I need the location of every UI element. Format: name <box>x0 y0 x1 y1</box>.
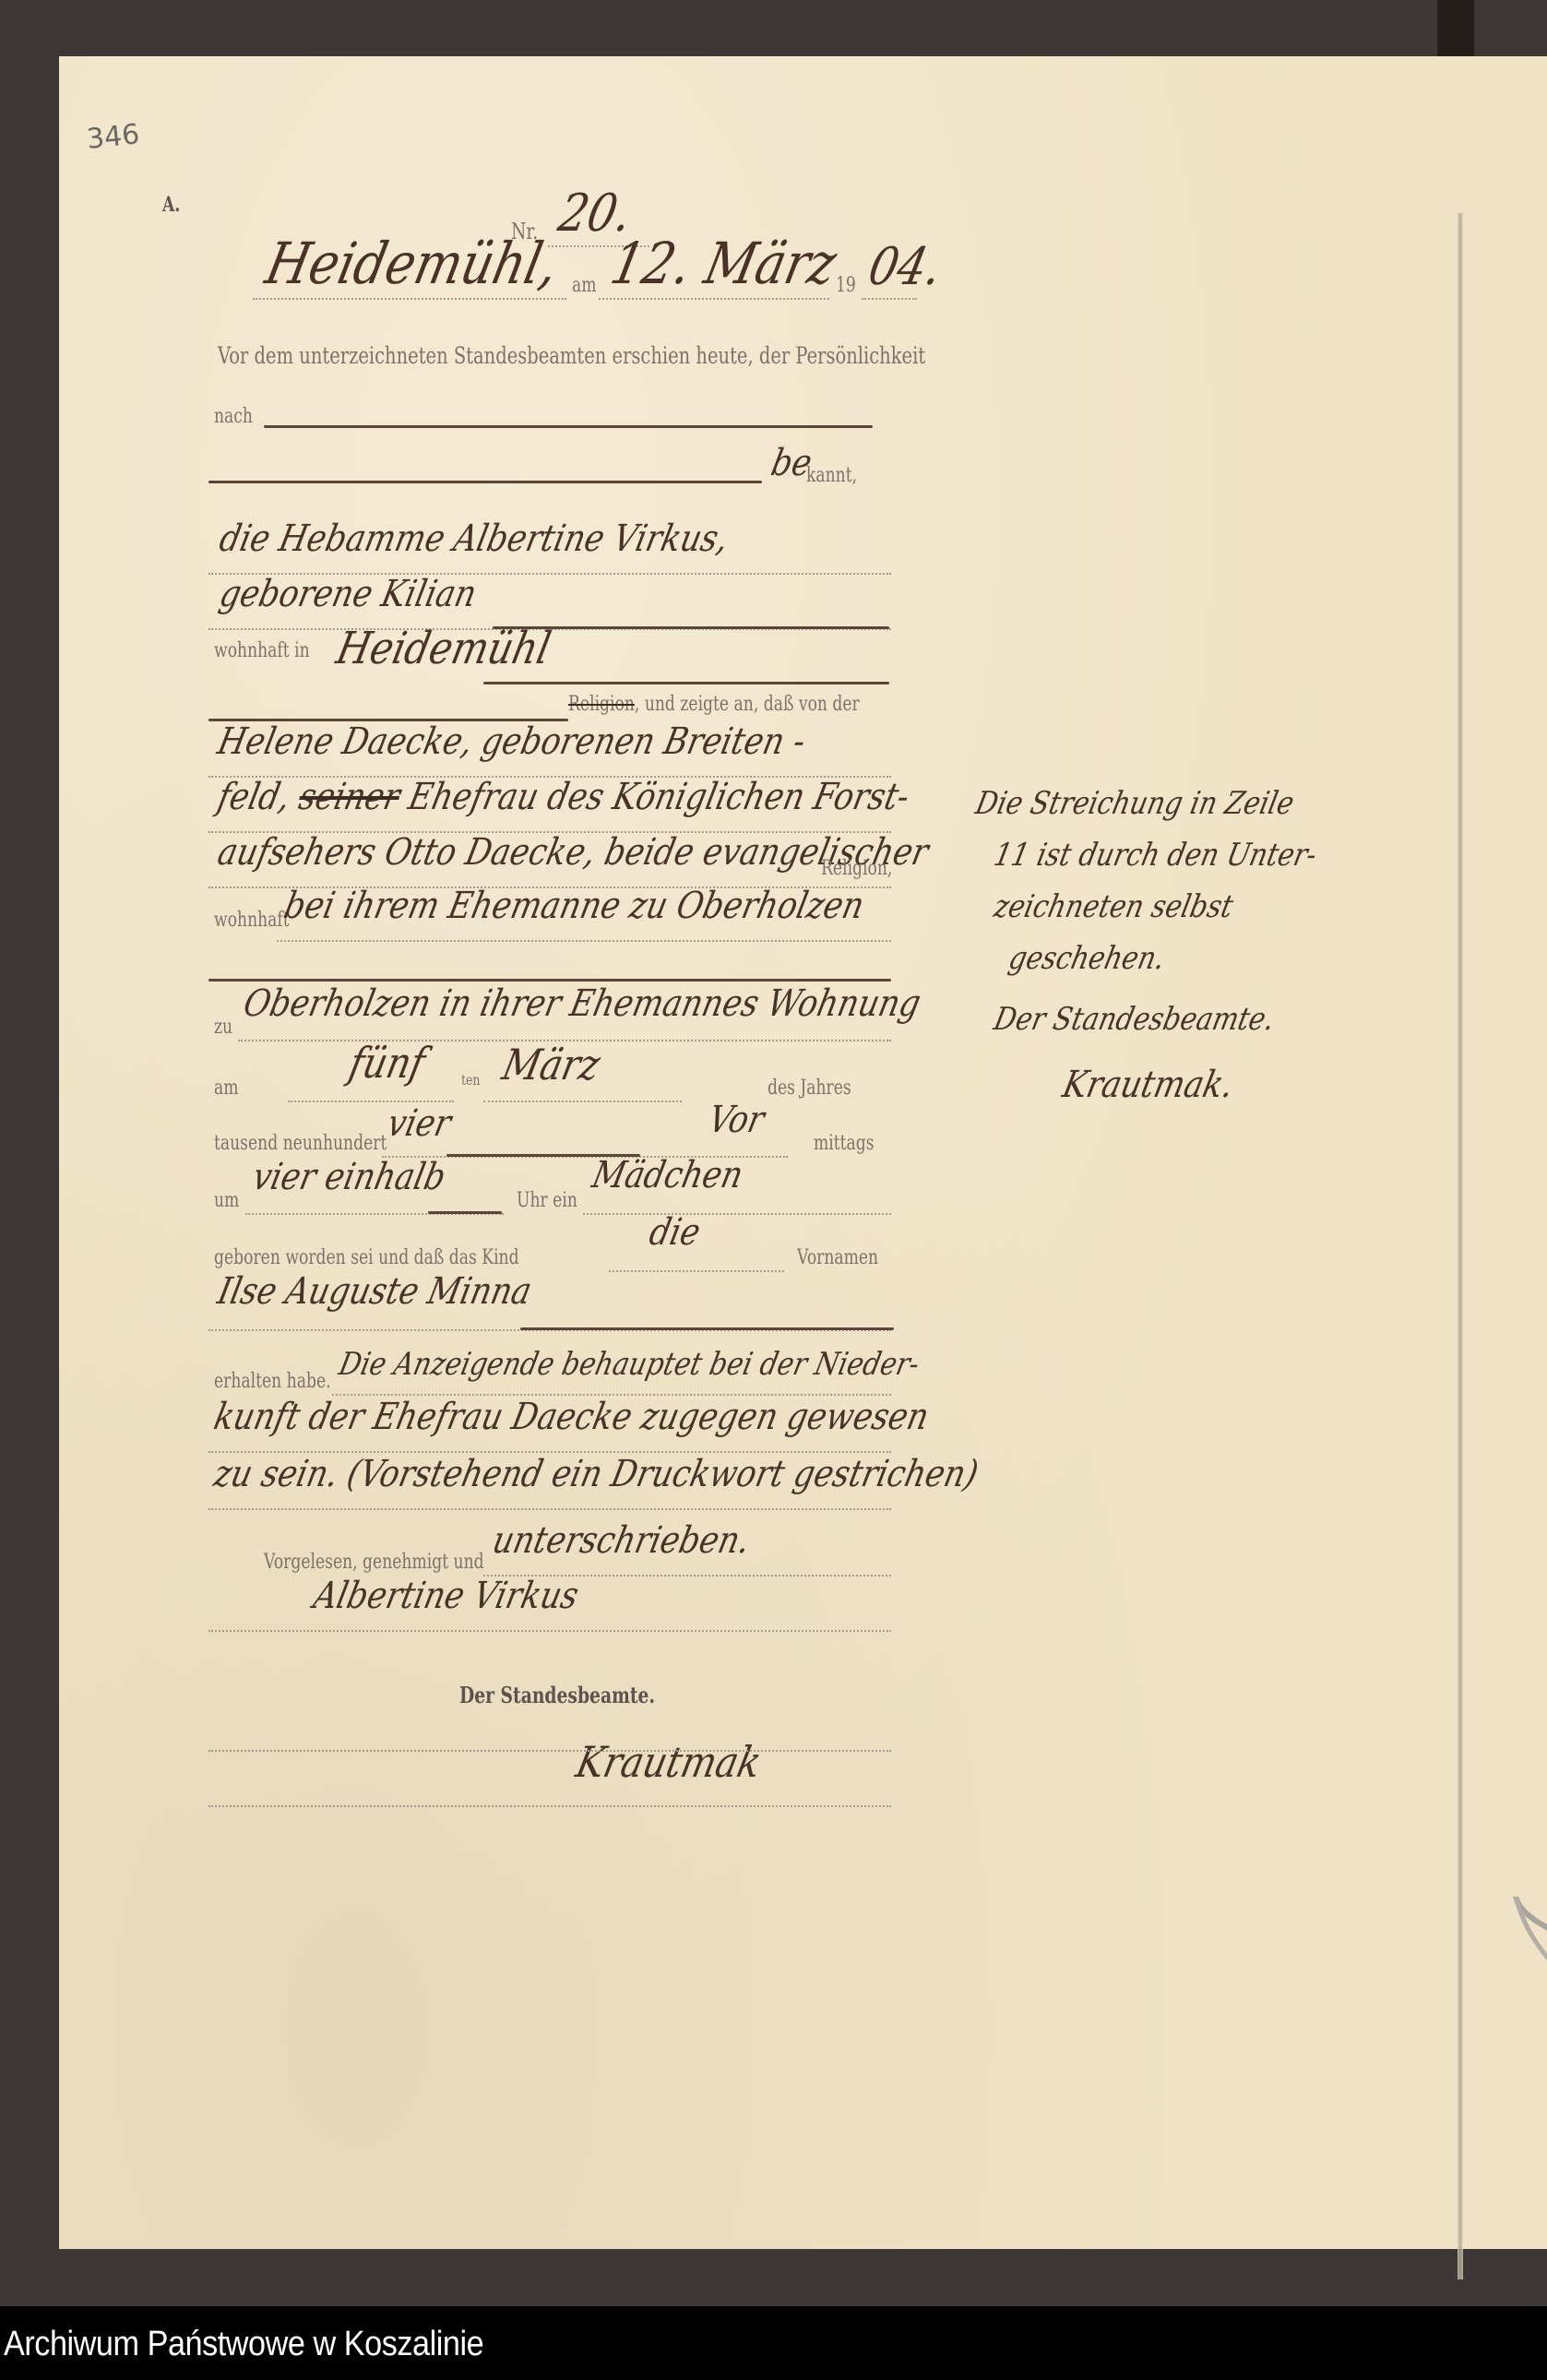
mother-residence-line <box>277 940 891 942</box>
registrar-label: Der Standesbeamte. <box>459 1682 655 1708</box>
archive-name: Archiwum Państwowe w Koszalinie <box>4 2325 483 2364</box>
informant-line-1-text: die Hebamme Albertine Virkus, <box>216 518 732 560</box>
informant-wohnhaft-label: wohnhaft in <box>214 639 310 662</box>
margin-note-line-2: 11 ist durch den Unter- <box>991 837 1320 874</box>
child-names: Ilse Auguste Minna <box>214 1270 535 1313</box>
margin-note-line-3: zeichneten selbst <box>991 888 1236 925</box>
religion-struck: Religion <box>568 693 635 716</box>
mother-line-1-text: Helene Daecke, geborenen Breiten - <box>214 720 809 763</box>
signature-line-informant <box>208 1630 891 1632</box>
mother-religion-label: Religion, <box>821 857 892 880</box>
remarks-line-2-text: kunft der Ehefrau Daecke zugegen gewesen <box>210 1396 933 1438</box>
birth-time: vier einhalb <box>249 1156 449 1198</box>
birth-month: März <box>498 1040 604 1089</box>
signature-line-extra <box>208 1805 891 1807</box>
blank-line-bekannt <box>208 481 762 483</box>
year-value: 04. <box>863 237 946 297</box>
birth-ten-label: ten <box>461 1071 480 1089</box>
vorgelesen-label: Vorgelesen, genehmigt und <box>264 1551 484 1574</box>
uhr-ein-label: Uhr ein <box>517 1189 577 1212</box>
time-fill <box>428 1211 502 1214</box>
um-label: um <box>214 1189 239 1212</box>
birth-month-line <box>483 1101 682 1102</box>
informant-residence: Heidemühl <box>332 623 555 674</box>
informant-line-2-text: geborene Kilian <box>216 573 481 615</box>
mother-line-2-struck: seiner <box>295 776 404 818</box>
mother-line-2b: Ehefrau des Königlichen Forst- <box>405 776 913 818</box>
century: 19 <box>836 274 856 297</box>
birth-am-label: am <box>214 1077 239 1100</box>
vor-nach: Vor <box>705 1099 768 1141</box>
birth-zu-label: zu <box>214 1016 232 1039</box>
margin-note-line-4: geschehen. <box>1006 940 1168 977</box>
intro-text: Vor dem unterzeichneten Standesbeamten e… <box>218 342 925 369</box>
mother-line-2a: feld, <box>214 776 294 818</box>
birth-day: fünf <box>345 1038 430 1088</box>
date-line <box>599 298 829 300</box>
article-line <box>609 1270 784 1272</box>
birth-year-word: vier <box>384 1102 455 1145</box>
informant-residence-fill <box>483 682 889 684</box>
archive-footer: Archiwum Państwowe w Koszalinie <box>0 2306 1547 2380</box>
mittags-label: mittags <box>814 1132 875 1155</box>
margin-note-line-5: Der Standesbeamte. <box>991 1001 1278 1038</box>
unterschrieben: unterschrieben. <box>489 1519 754 1562</box>
remarks-line-3 <box>208 1508 891 1510</box>
bekannt-printed: kannt, <box>806 464 857 487</box>
page-fold-crease <box>1458 213 1463 2279</box>
sex-line <box>583 1213 891 1215</box>
informant-signature: Albertine Virkus <box>310 1575 582 1617</box>
place-name: Heidemühl, <box>260 230 565 297</box>
nach-label: nach <box>214 405 253 428</box>
religion-line: Religion, und zeigte an, daß von der <box>568 693 860 716</box>
names-fill <box>520 1327 894 1330</box>
birth-sex: Mädchen <box>589 1154 746 1196</box>
signature-line-registrar <box>208 1750 891 1752</box>
tausend-label: tausend neunhundert <box>214 1132 387 1155</box>
birth-article: die <box>646 1211 704 1254</box>
margin-note-line-1: Die Streichung in Zeile <box>972 785 1297 822</box>
place-line <box>253 298 566 300</box>
binding-notch <box>1437 0 1474 56</box>
binding-string-icon <box>1512 1897 1547 1980</box>
geboren-label: geboren worden sei und daß das Kind <box>214 1246 519 1269</box>
section-letter: A. <box>162 193 180 217</box>
mother-line-2-text: feld, seiner Ehefrau des Königlichen For… <box>214 776 913 818</box>
remarks-line-1-text: Die Anzeigende behauptet bei der Nieder- <box>336 1346 922 1383</box>
margin-note-signature: Krautmak. <box>1059 1064 1237 1106</box>
document-page: 346 A. Nr. 20. Heidemühl, am 12. März 19… <box>59 56 1547 2249</box>
erhalten-label: erhalten habe. <box>214 1370 331 1393</box>
religion-line-rest: , und zeigte an, daß von der <box>635 693 860 716</box>
registrar-signature: Krautmak <box>572 1737 766 1787</box>
des-jahres-label: des Jahres <box>768 1077 851 1100</box>
blank-line-after-residence <box>208 979 891 982</box>
year-line <box>862 298 917 300</box>
am-label: am <box>572 274 597 297</box>
birth-place: Oberholzen in ihrer Ehemannes Wohnung <box>240 982 924 1025</box>
remarks-line-3-text: zu sein. (Vorstehend ein Druckwort gestr… <box>210 1453 982 1495</box>
mother-wohnhaft-label: wohnhaft <box>214 909 290 932</box>
mother-residence: bei ihrem Ehemanne zu Oberholzen <box>280 885 868 927</box>
vornamen-label: Vornamen <box>797 1246 878 1269</box>
page-number-pencil: 346 <box>85 118 141 156</box>
blank-line-nach <box>264 425 873 428</box>
date-value: 12. März <box>605 230 842 297</box>
